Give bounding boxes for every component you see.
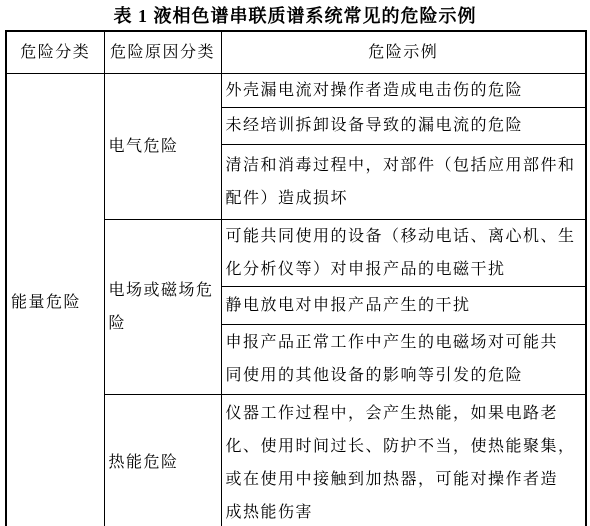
- cell-example-em-field-affecting-other-devices: 申报产品正常工作中产生的电磁场对可能共 同使用的其他设备的影响等引发的危险: [221, 324, 586, 394]
- cell-example-thermal-injury: 仪器工作过程中，会产生热能，如果电路老 化、使用时间过长、防护不当，使热能聚集，…: [221, 394, 586, 526]
- cell-example-untrained-disassembly: 未经培训拆卸设备导致的漏电流的危险: [221, 107, 586, 144]
- cell-example-cleaning-disinfection-damage: 清洁和消毒过程中，对部件（包括应用部件和 配件）造成损坏: [221, 144, 586, 219]
- cell-example-enclosure-leakage-current: 外壳漏电流对操作者造成电击伤的危险: [221, 73, 586, 107]
- header-hazard-category: 危险分类: [6, 31, 104, 73]
- cell-cause-electric-magnetic-field-hazard: 电场或磁场危 险: [104, 219, 221, 394]
- document-page: 表 1 液相色谱串联质谱系统常见的危险示例 危险分类 危险原因分类 危险示例 能…: [0, 0, 590, 526]
- header-hazard-example: 危险示例: [221, 31, 586, 73]
- cell-example-em-interference-from-other-devices: 可能共同使用的设备（移动电话、离心机、生 化分析仪等）对申报产品的电磁干扰: [221, 219, 586, 286]
- cell-example-electrostatic-discharge: 静电放电对申报产品产生的干扰: [221, 286, 586, 324]
- cell-cause-electrical-hazard: 电气危险: [104, 73, 221, 219]
- cell-category-energy-hazard: 能量危险: [6, 73, 104, 526]
- table-title: 表 1 液相色谱串联质谱系统常见的危险示例: [0, 0, 590, 30]
- table-row: 能量危险 电气危险 外壳漏电流对操作者造成电击伤的危险: [6, 73, 586, 107]
- hazards-table: 危险分类 危险原因分类 危险示例 能量危险 电气危险 外壳漏电流对操作者造成电击…: [5, 30, 587, 526]
- header-cause-category: 危险原因分类: [104, 31, 221, 73]
- cell-cause-thermal-hazard: 热能危险: [104, 394, 221, 526]
- header-row: 危险分类 危险原因分类 危险示例: [6, 31, 586, 73]
